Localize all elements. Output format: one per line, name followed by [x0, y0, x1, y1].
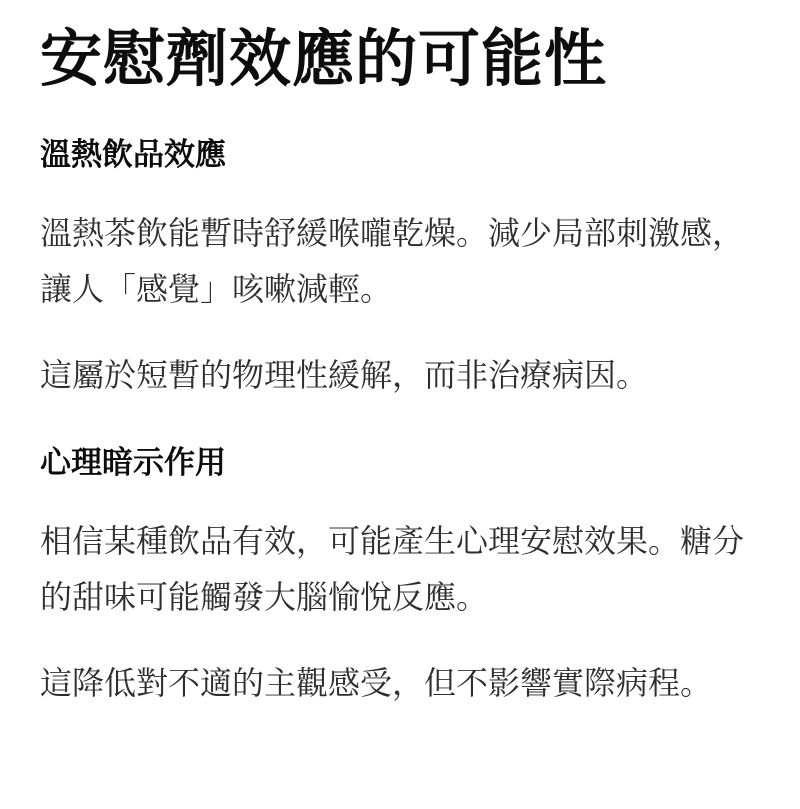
section-heading-warm-drink: 溫熱飲品效應	[40, 135, 760, 175]
document-page: 安慰劑效應的可能性 溫熱飲品效應 溫熱茶飲能暫時舒緩喉嚨乾燥。減少局部刺激感，讓…	[0, 0, 800, 809]
paragraph-warm-drink-2: 這屬於短暫的物理性緩解，而非治療病因。	[40, 347, 760, 403]
section-warm-drink-effect: 溫熱飲品效應 溫熱茶飲能暫時舒緩喉嚨乾燥。減少局部刺激感，讓人「感覺」咳嗽減輕。…	[40, 135, 760, 403]
section-heading-psychological: 心理暗示作用	[40, 443, 760, 483]
paragraph-psychological-1: 相信某種飲品有效，可能產生心理安慰效果。糖分的甜味可能觸發大腦愉悅反應。	[40, 513, 760, 625]
paragraph-warm-drink-1: 溫熱茶飲能暫時舒緩喉嚨乾燥。減少局部刺激感，讓人「感覺」咳嗽減輕。	[40, 205, 760, 317]
page-title: 安慰劑效應的可能性	[40, 24, 760, 95]
section-psychological-suggestion: 心理暗示作用 相信某種飲品有效，可能產生心理安慰效果。糖分的甜味可能觸發大腦愉悅…	[40, 443, 760, 711]
paragraph-psychological-2: 這降低對不適的主觀感受，但不影響實際病程。	[40, 655, 760, 711]
